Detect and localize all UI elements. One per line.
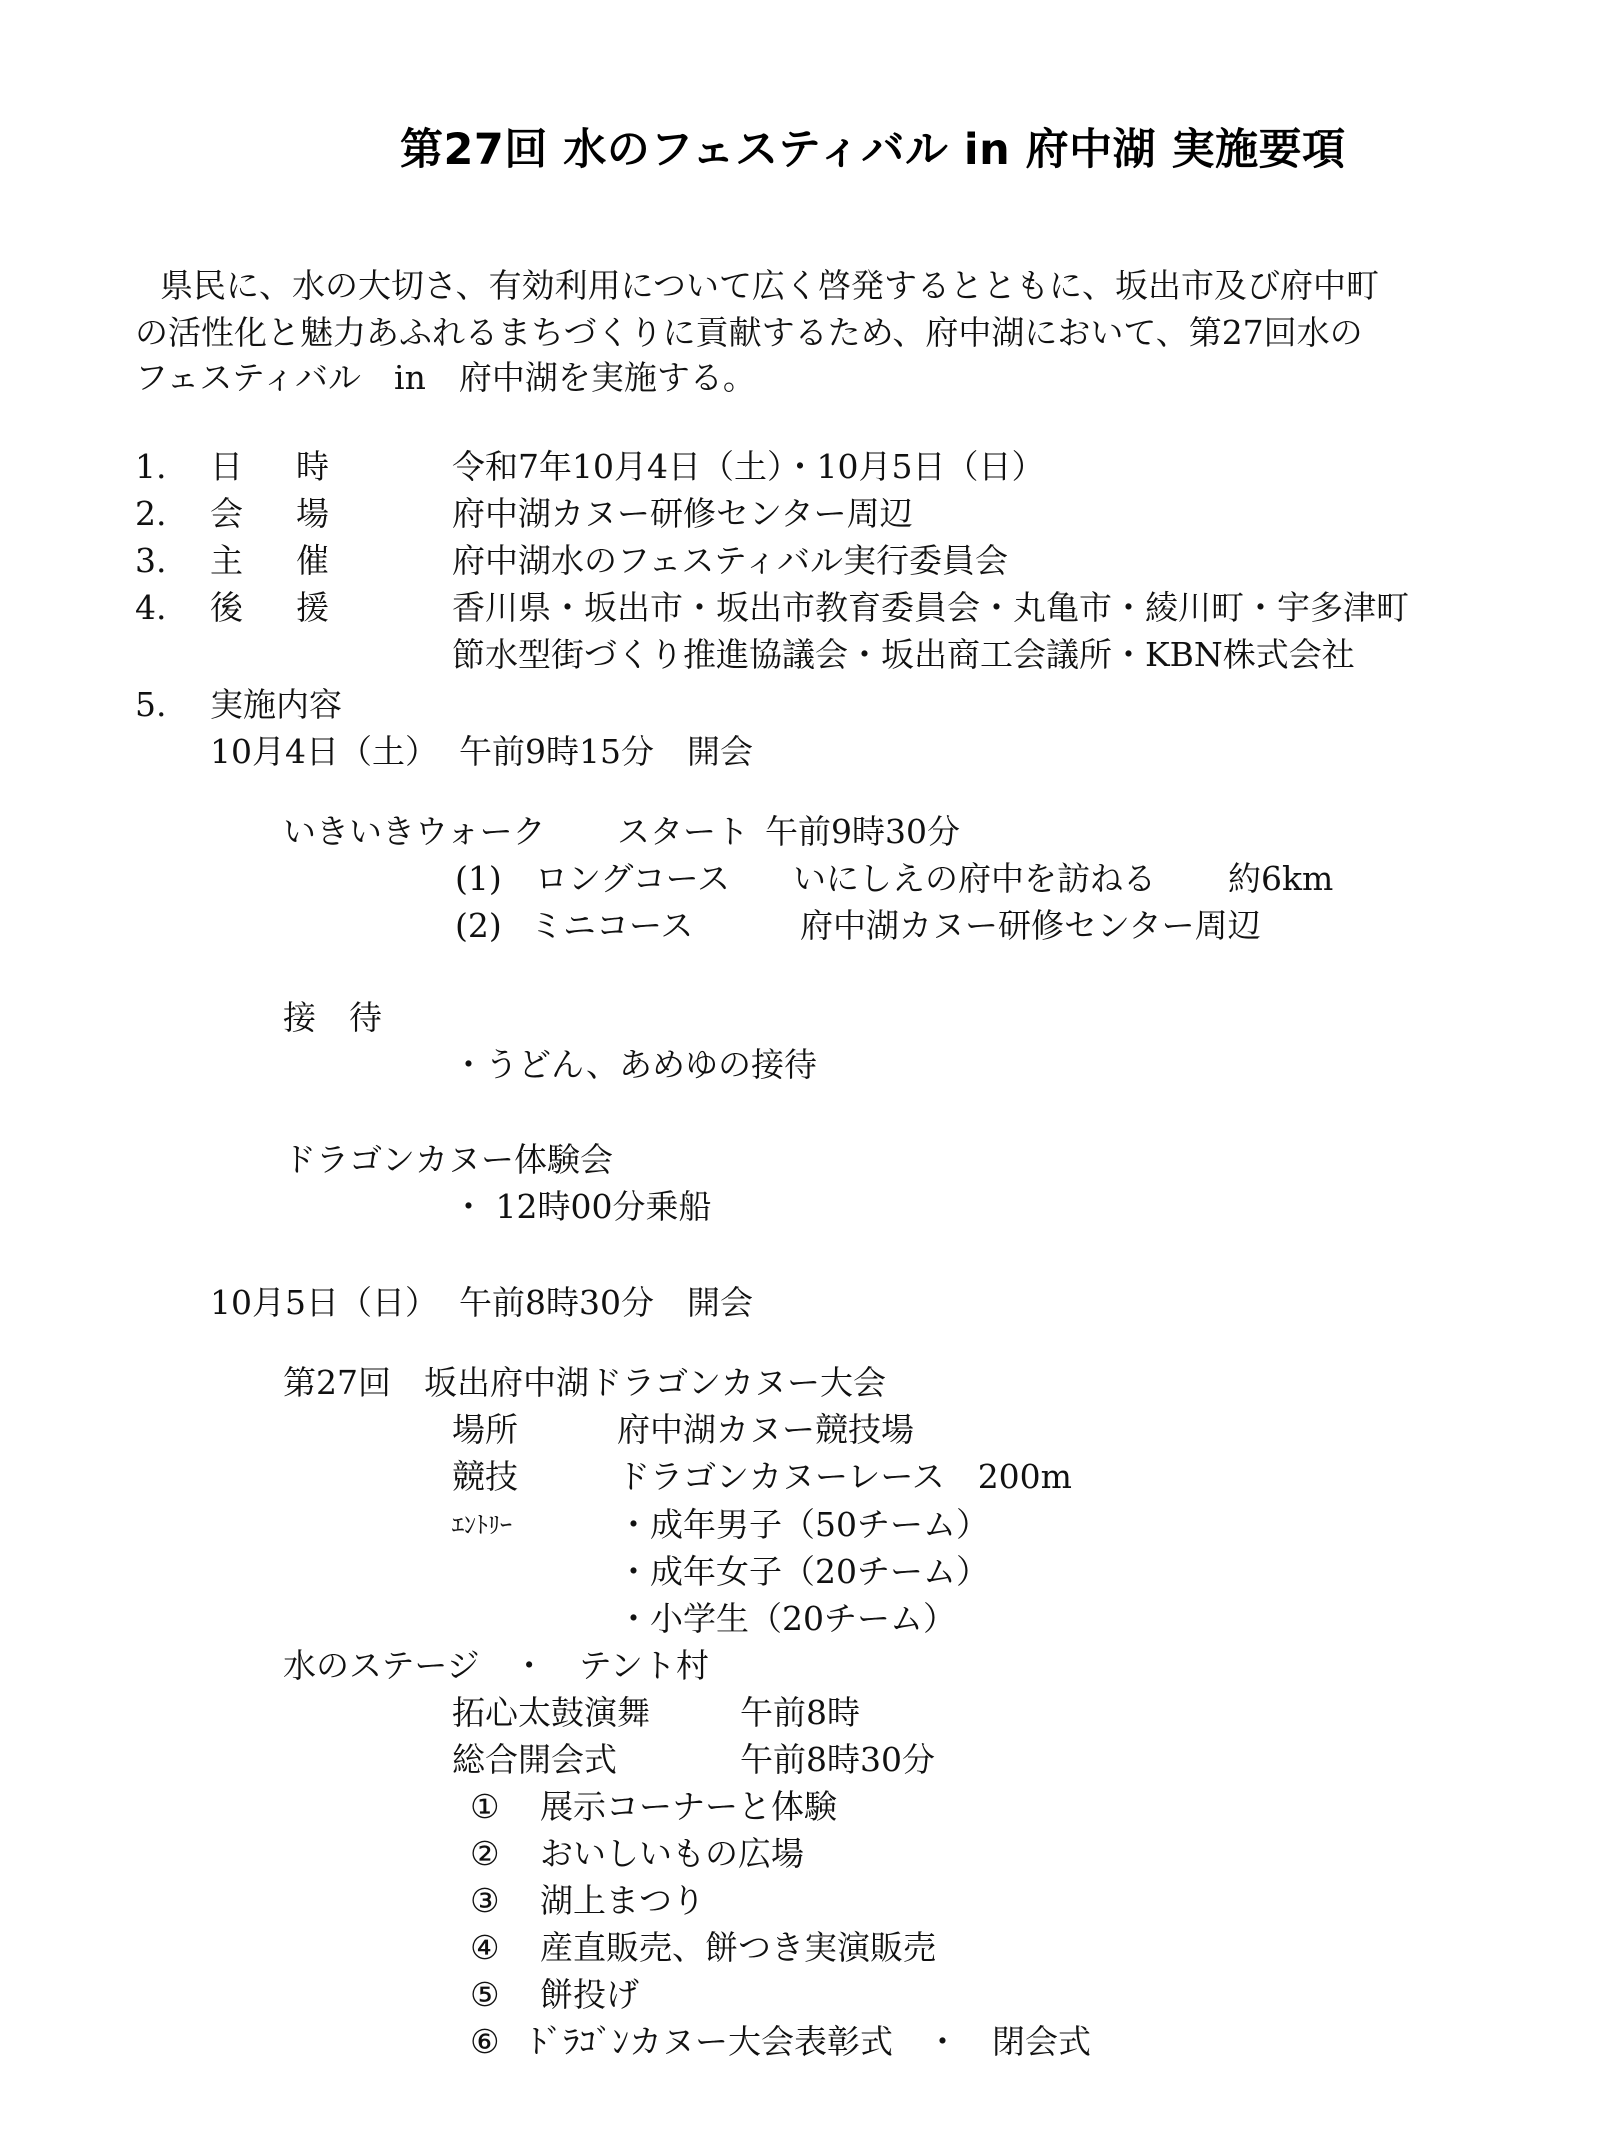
stage-title: 水のステージ ・ テント村 — [283, 1646, 709, 1686]
course-number: (1) — [455, 859, 502, 899]
schedule-label: 拓心太鼓演舞 — [452, 1693, 650, 1733]
section-label-b: 援 — [296, 588, 329, 628]
schedule-label: 総合開会式 — [452, 1740, 617, 1780]
item-text: 湖上まつり — [540, 1881, 705, 1921]
schedule-time: 午前8時30分 — [740, 1740, 935, 1780]
course-name: ロングコース — [535, 859, 730, 899]
section-label-b: 催 — [296, 541, 329, 581]
item-text: 展示コーナーと体験 — [540, 1787, 837, 1827]
section-label-a: 後 — [210, 588, 243, 628]
schedule-time: 午前8時 — [740, 1693, 860, 1733]
document-page: 第27回 水のフェスティバル in 府中湖 実施要項 県民に、水の大切さ、有効利… — [0, 0, 1600, 2155]
reception-title: 接 待 — [283, 998, 382, 1038]
section-value: 府中湖水のフェスティバル実行委員会 — [452, 541, 1008, 581]
section-label-b: 時 — [296, 447, 329, 487]
section-value: 香川県・坂出市・坂出市教育委員会・丸亀市・綾川町・宇多津町 — [452, 588, 1409, 628]
reception-item: ・うどん、あめゆの接待 — [452, 1045, 817, 1085]
course-distance: 約6km — [1228, 859, 1333, 899]
section-value: 府中湖カヌー研修センター周辺 — [452, 494, 913, 534]
day-2-heading: 10月5日（日） 午前8時30分 開会 — [210, 1283, 753, 1323]
section-label-b: 場 — [296, 494, 329, 534]
section-number: 1. — [135, 447, 167, 487]
entry-label: ｴﾝﾄﾘｰ — [452, 1505, 512, 1545]
item-mark: ⑥ — [470, 2022, 500, 2062]
section-value: 令和7年10月4日（土）・10月5日（日） — [452, 447, 1044, 487]
intro-line-1: 県民に、水の大切さ、有効利用について広く啓発するとともに、坂出市及び府中町 — [160, 266, 1379, 306]
walk-start-label: スタート — [617, 812, 749, 852]
entry-item: ・成年男子（50チーム） — [617, 1505, 989, 1545]
item-mark: ③ — [470, 1881, 500, 1921]
section-label-a: 主 — [210, 541, 243, 581]
course-name: ミニコース — [530, 906, 693, 946]
course-number: (2) — [455, 906, 502, 946]
event-value: ドラゴンカヌーレース 200m — [617, 1457, 1072, 1497]
section-label: 実施内容 — [210, 685, 342, 725]
canoe-experience-item: ・ 12時00分乗船 — [452, 1187, 711, 1227]
course-description: 府中湖カヌー研修センター周辺 — [800, 906, 1261, 946]
document-title: 第27回 水のフェスティバル in 府中湖 実施要項 — [400, 122, 1346, 178]
item-text: おいしいもの広場 — [540, 1834, 804, 1874]
item-mark: ① — [470, 1787, 500, 1827]
section-label-a: 日 — [210, 447, 243, 487]
item-text: 餅投げ — [540, 1975, 639, 2015]
item-text: 産直販売、餅つき実演販売 — [540, 1928, 936, 1968]
venue-value: 府中湖カヌー競技場 — [617, 1410, 914, 1450]
walk-start-time: 午前9時30分 — [765, 812, 960, 852]
item-text: ﾄﾞﾗｺﾞﾝカヌー大会表彰式 ・ 閉会式 — [530, 2022, 1091, 2062]
item-mark: ⑤ — [470, 1975, 500, 2015]
section-label-a: 会 — [210, 494, 243, 534]
venue-label: 場所 — [452, 1410, 518, 1450]
entry-item: ・成年女子（20チーム） — [617, 1552, 989, 1592]
section-number: 4. — [135, 588, 167, 628]
item-mark: ④ — [470, 1928, 500, 1968]
section-number: 3. — [135, 541, 167, 581]
day-1-heading: 10月4日（土） 午前9時15分 開会 — [210, 732, 753, 772]
section-number: 2. — [135, 494, 167, 534]
entry-item: ・小学生（20チーム） — [617, 1599, 956, 1639]
intro-line-2: の活性化と魅力あふれるまちづくりに貢献するため、府中湖において、第27回水の — [135, 313, 1363, 353]
course-description: いにしえの府中を訪ねる — [793, 859, 1156, 899]
intro-line-3: フェスティバル in 府中湖を実施する。 — [135, 358, 756, 398]
item-mark: ② — [470, 1834, 500, 1874]
section-value-line-2: 節水型街づくり推進協議会・坂出商工会議所・KBN株式会社 — [452, 635, 1355, 675]
canoe-experience-title: ドラゴンカヌー体験会 — [283, 1140, 613, 1180]
section-number: 5. — [135, 685, 167, 725]
event-label: 競技 — [452, 1457, 518, 1497]
tournament-title: 第27回 坂出府中湖ドラゴンカヌー大会 — [283, 1363, 886, 1403]
walk-title: いきいきウォーク — [283, 812, 546, 852]
